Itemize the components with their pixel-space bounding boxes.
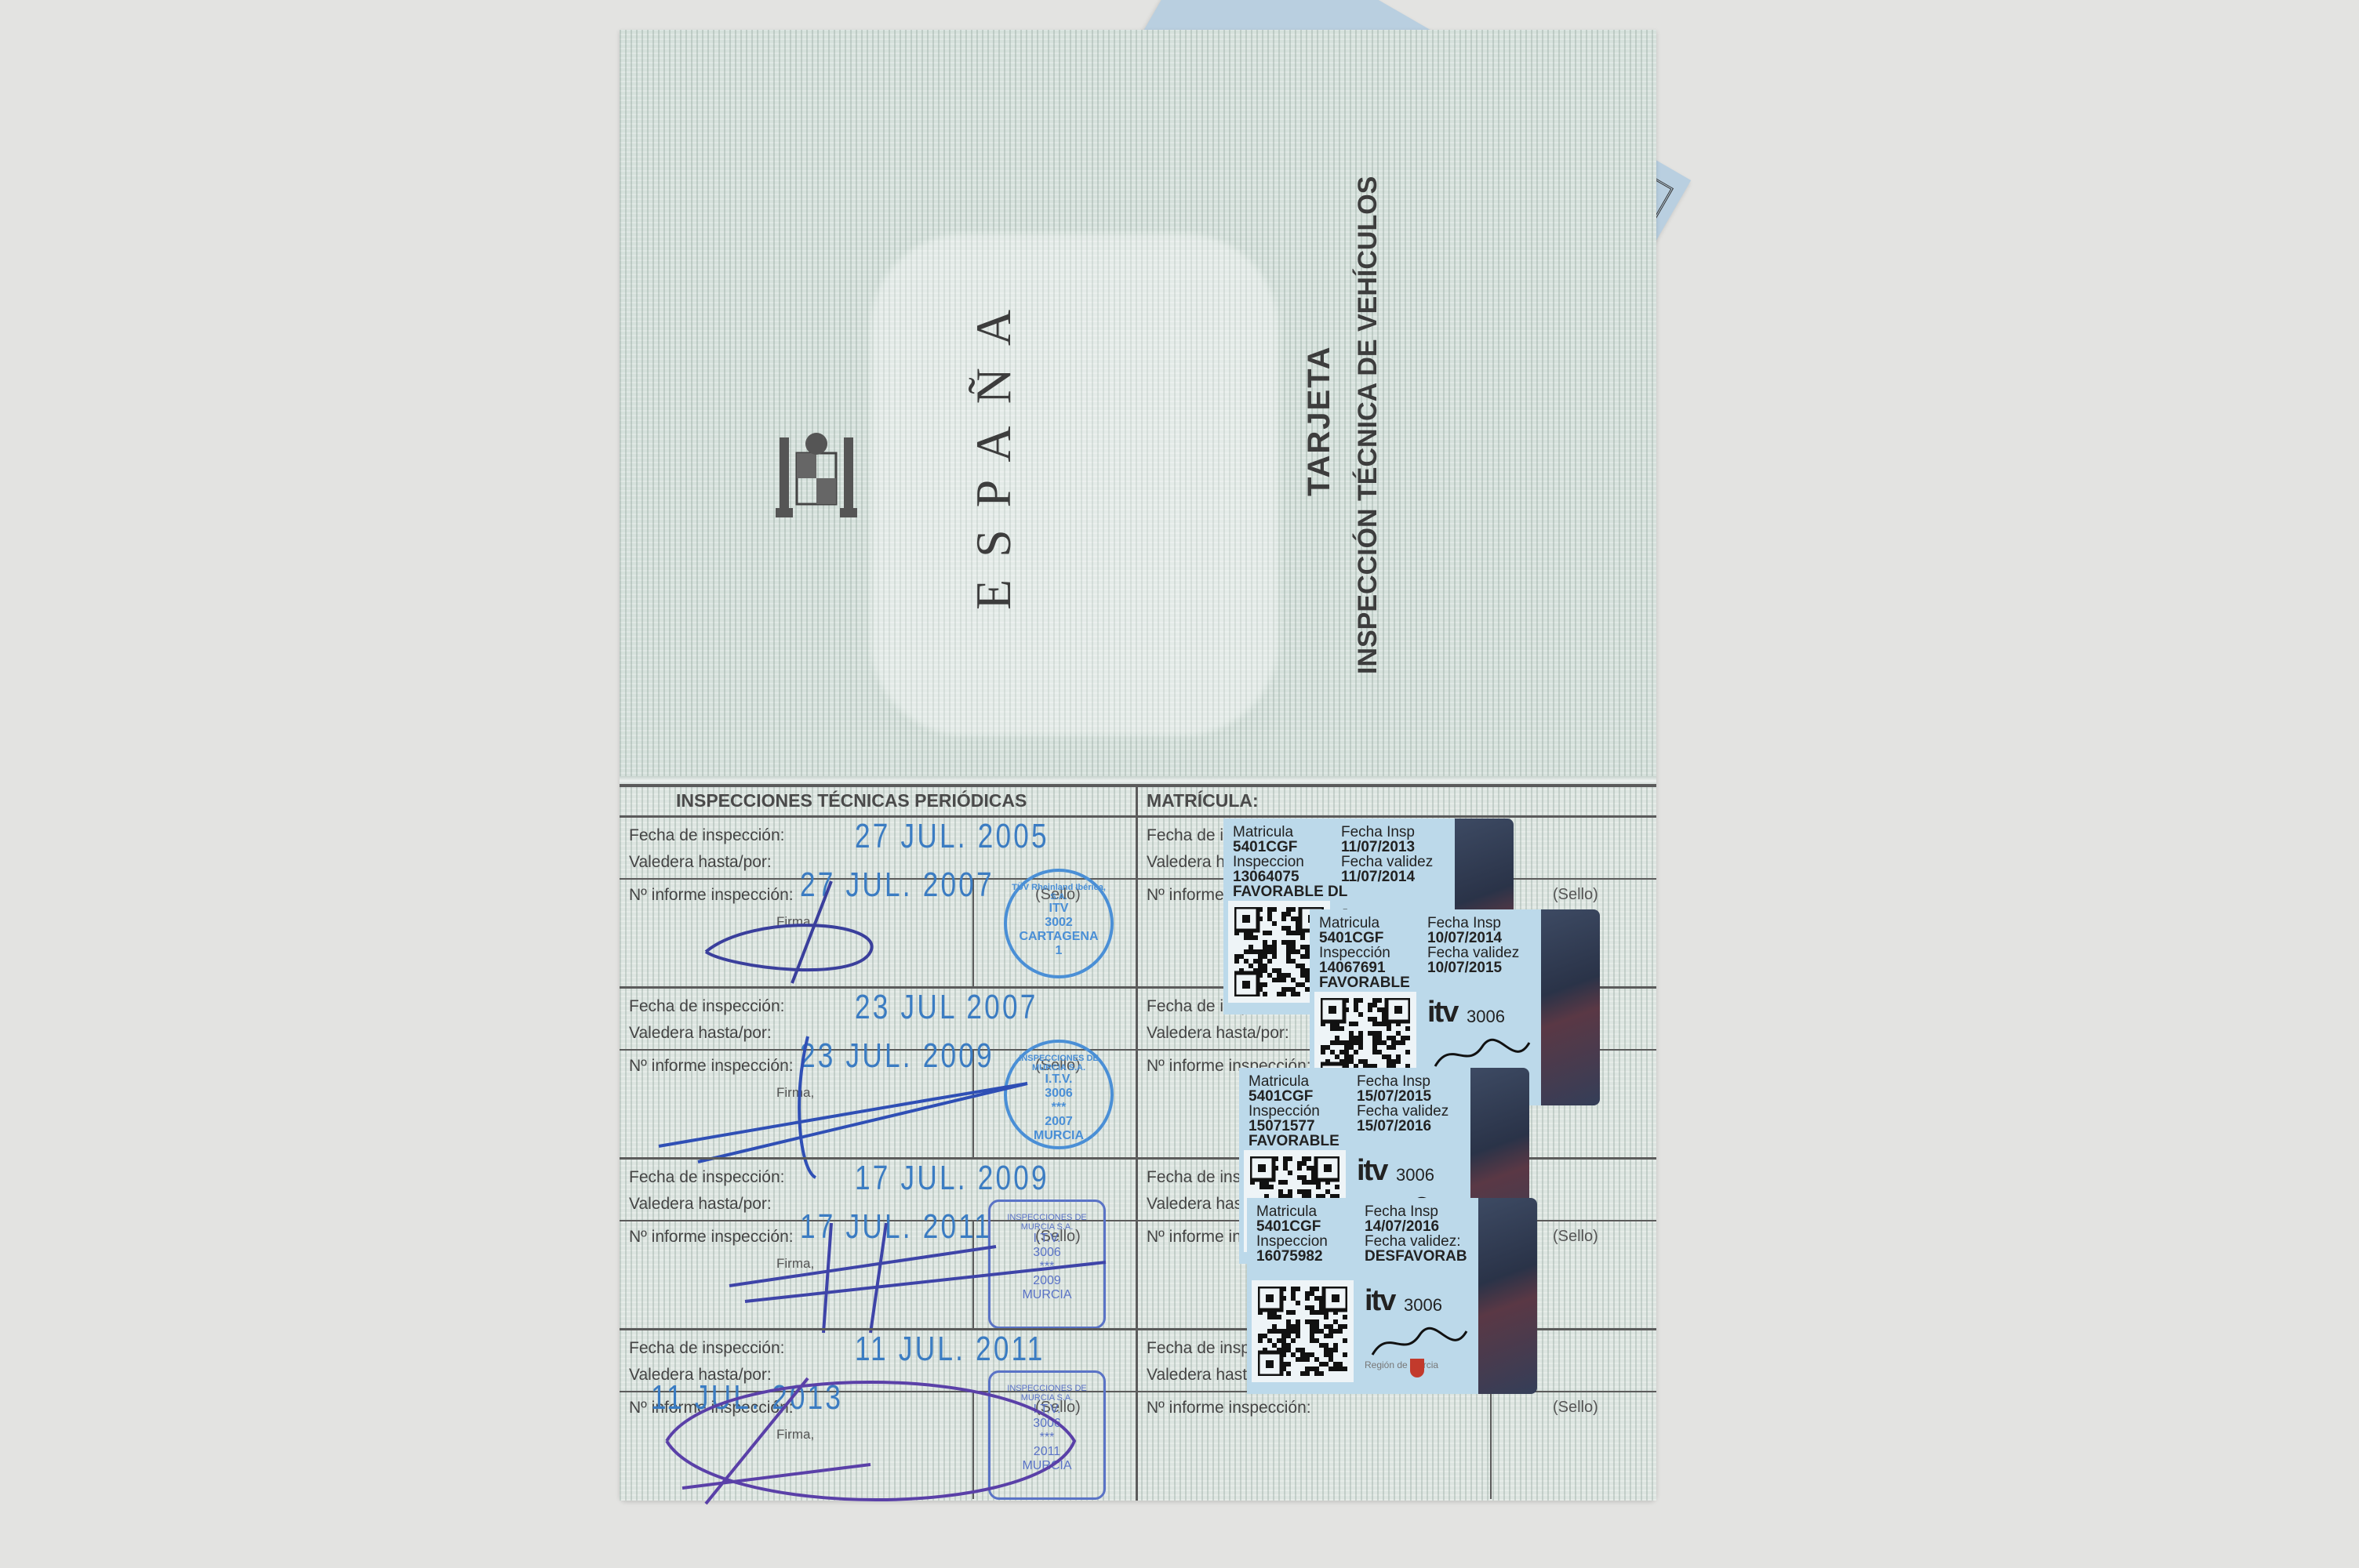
station-number: 3006 [1467, 1007, 1505, 1027]
itv-inspection-sticker: Matricula 5401CGF Inspeccion 16075982 Fe… [1247, 1198, 1514, 1394]
fecha-insp-label: Fecha Insp [1427, 916, 1519, 931]
sticker-left-column: Matricula 5401CGF Inspeccion 13064075 FA… [1233, 825, 1347, 899]
fecha-insp-value: 10/07/2014 [1427, 931, 1519, 946]
inspeccion-value: 16075982 [1256, 1249, 1328, 1264]
matricula-value: 5401CGF [1233, 840, 1347, 855]
matricula-label: Matricula [1319, 916, 1410, 931]
inspeccion-value: 14067691 [1319, 960, 1410, 975]
inspector-signature [1365, 1323, 1474, 1363]
sticker-right-column: Fecha Insp 10/07/2014 Fecha validez 10/0… [1427, 916, 1519, 975]
itv-logo: itv [1357, 1154, 1387, 1188]
fecha-validez-value: 15/07/2016 [1357, 1119, 1448, 1134]
fecha-validez-label: Fecha validez [1357, 1104, 1448, 1119]
sello-divider [1490, 1392, 1492, 1499]
fecha-insp-label: Fecha Insp [1357, 1074, 1448, 1089]
left-column-header: INSPECCIONES TÉCNICAS PERIÓDICAS [676, 790, 1027, 811]
resultado-value: FAVORABLE DL [1233, 884, 1347, 899]
itv-booklet: ESPAÑA TARJETA INSPECCIÓN TÉCNICA DE VEH… [620, 30, 1656, 1501]
matricula-value: 5401CGF [1319, 931, 1410, 946]
sello-label: (Sello) [1553, 1399, 1598, 1417]
matricula-value: 5401CGF [1256, 1219, 1328, 1234]
matricula-label: Matricula [1233, 825, 1347, 840]
sticker-right-column: Fecha Insp 15/07/2015 Fecha validez 15/0… [1357, 1074, 1448, 1134]
sticker-left-column: Matricula 5401CGF Inspección 14067691 FA… [1319, 916, 1410, 990]
itv-logo: itv [1365, 1284, 1394, 1318]
region-label: Región de Murcia [1365, 1359, 1438, 1370]
matricula-label: Matricula [1249, 1074, 1339, 1089]
fecha-validez-label: Fecha validez [1341, 855, 1433, 869]
hologram-security-strip [1478, 1198, 1537, 1394]
fecha-validez-label: Fecha validez [1427, 946, 1519, 960]
itv-logo: itv [1427, 996, 1457, 1029]
informe-label: Nº informe inspección: [1147, 1399, 1311, 1417]
valedera-label: Valedera hasta/por: [1147, 1024, 1289, 1043]
inspeccion-label: Inspeccion [1256, 1234, 1328, 1249]
fecha-insp-value: 15/07/2015 [1357, 1089, 1448, 1104]
fecha-insp-label: Fecha Insp [1341, 825, 1433, 840]
inspeccion-value: 15071577 [1249, 1119, 1339, 1134]
cover-page: ESPAÑA TARJETA INSPECCIÓN TÉCNICA DE VEH… [620, 30, 1656, 779]
sello-label: (Sello) [1553, 1228, 1598, 1246]
qr-code-icon [1252, 1280, 1354, 1382]
fecha-insp-value: 11/07/2013 [1341, 840, 1433, 855]
inspeccion-label: Inspeccion [1233, 855, 1347, 869]
fecha-insp-value: 14/07/2016 [1365, 1219, 1467, 1234]
sticker-left-column: Matricula 5401CGF Inspección 15071577 FA… [1249, 1074, 1339, 1149]
murcia-shield-icon [1410, 1359, 1424, 1377]
sticker-left-column: Matricula 5401CGF Inspeccion 16075982 [1256, 1204, 1328, 1264]
sticker-right-column: Fecha Insp 11/07/2013 Fecha validez 11/0… [1341, 825, 1433, 884]
fecha-validez-value: 10/07/2015 [1427, 960, 1519, 975]
inspections-page: INSPECCIONES TÉCNICAS PERIÓDICAS MATRÍCU… [620, 784, 1656, 1501]
card-title: TARJETA [1302, 345, 1337, 496]
inspeccion-value: 13064075 [1233, 869, 1347, 884]
sticker-right-column: Fecha Insp 14/07/2016 Fecha validez: DES… [1365, 1204, 1467, 1264]
matricula-label: Matricula [1256, 1204, 1328, 1219]
matricula-value: 5401CGF [1249, 1089, 1339, 1104]
resultado-value: FAVORABLE [1319, 975, 1410, 990]
inspeccion-label: Inspección [1319, 946, 1410, 960]
coat-of-arms-watermark [871, 234, 1278, 735]
station-number: 3006 [1396, 1165, 1434, 1185]
resultado-value: FAVORABLE [1249, 1134, 1339, 1149]
fecha-validez-label: Fecha validez: [1365, 1234, 1467, 1249]
inspeccion-label: Inspección [1249, 1104, 1339, 1119]
fecha-validez-value: 11/07/2014 [1341, 869, 1433, 884]
hologram-security-strip [1541, 909, 1600, 1105]
station-number: 3006 [1404, 1295, 1442, 1316]
sello-label: (Sello) [1553, 886, 1598, 904]
coat-of-arms-icon [773, 422, 860, 532]
handwritten-signature [635, 1347, 1184, 1527]
fecha-validez-value: DESFAVORAB [1365, 1249, 1467, 1264]
card-subtitle: INSPECCIÓN TÉCNICA DE VEHÍCULOS [1353, 176, 1383, 674]
right-column-header: MATRÍCULA: [1147, 790, 1259, 811]
fecha-insp-label: Fecha Insp [1365, 1204, 1467, 1219]
country-title: ESPAÑA [965, 288, 1023, 610]
